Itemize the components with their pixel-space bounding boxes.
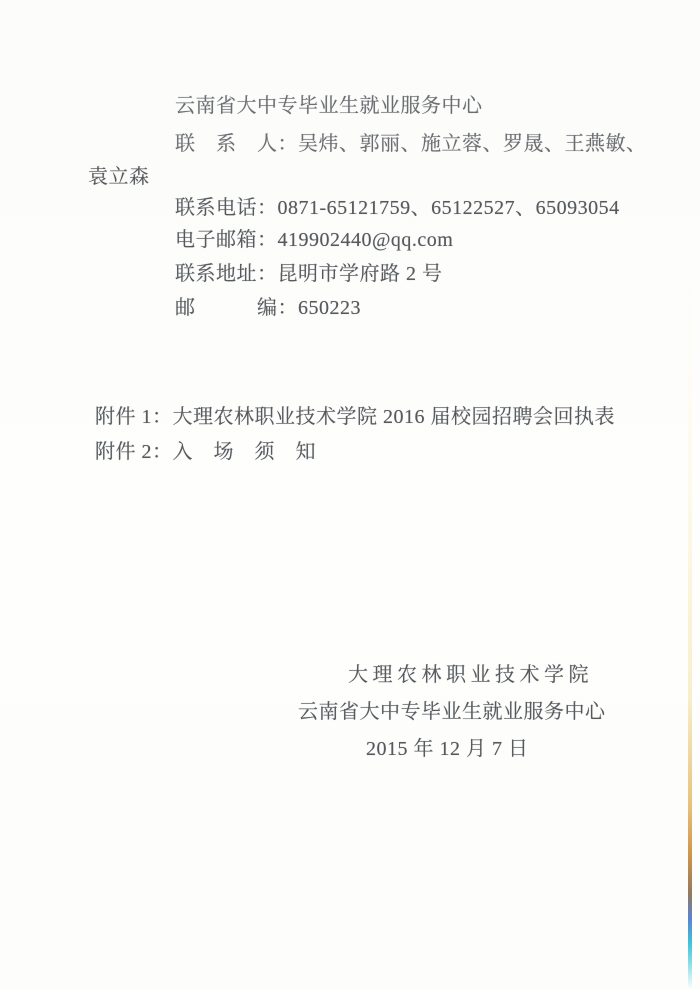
contact-persons-continuation: 袁立森: [88, 165, 150, 189]
signature-signer-1: 大理农林职业技术学院: [348, 663, 593, 687]
contact-org-name: 云南省大中专毕业生就业服务中心: [175, 94, 483, 118]
contact-postcode-line: 邮 编：650223: [175, 296, 361, 320]
scan-artifact-strip: [688, 280, 692, 989]
attachment-1-line: 附件 1：大理农林职业技术学院 2016 届校园招聘会回执表: [95, 405, 615, 429]
contact-email-line: 电子邮箱：419902440@qq.com: [175, 228, 453, 252]
scanned-document-page: 云南省大中专毕业生就业服务中心 联 系 人：吴炜、郭丽、施立蓉、罗晟、王燕敏、 …: [0, 0, 700, 989]
signature-signer-2: 云南省大中专毕业生就业服务中心: [298, 700, 606, 724]
contact-persons-line: 联 系 人：吴炜、郭丽、施立蓉、罗晟、王燕敏、: [175, 132, 647, 156]
attachment-2-line: 附件 2：入 场 须 知: [95, 440, 316, 464]
signature-date-line: 2015 年 12 月 7 日: [366, 737, 529, 761]
contact-address-line: 联系地址：昆明市学府路 2 号: [175, 262, 443, 286]
contact-phone-line: 联系电话：0871-65121759、65122527、65093054: [175, 196, 620, 220]
